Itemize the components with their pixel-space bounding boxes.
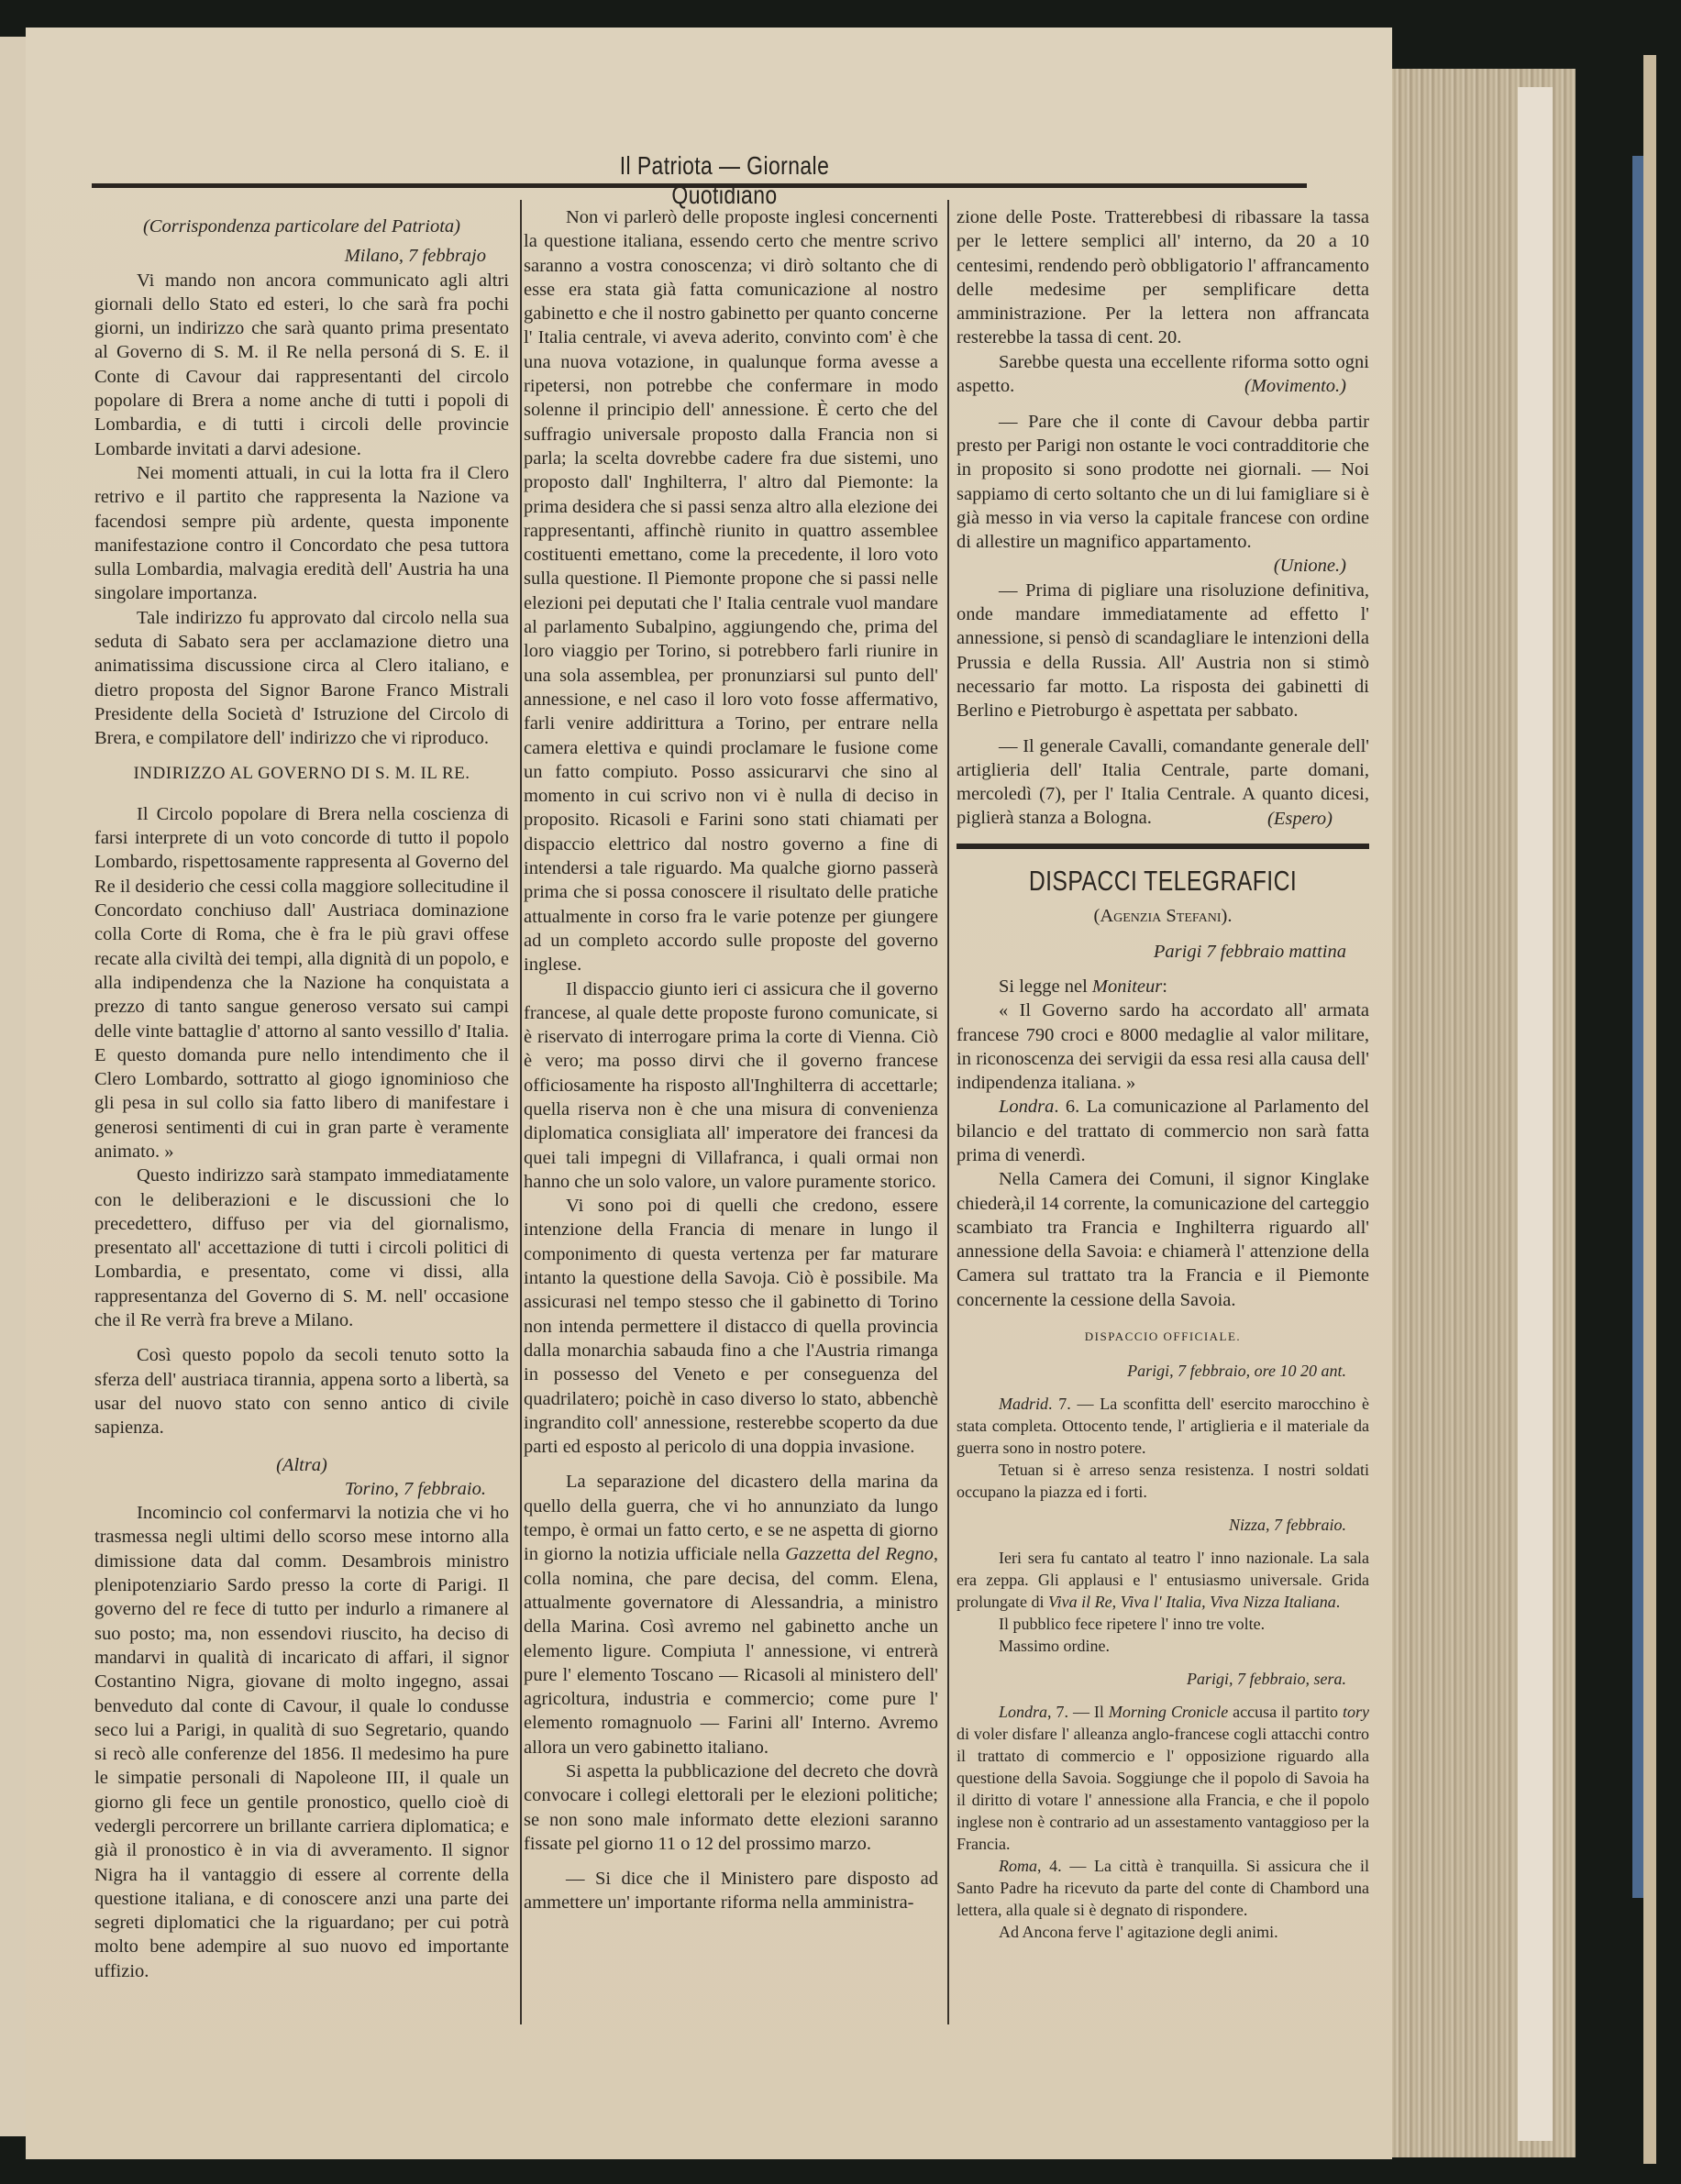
paragraph: Londra. 6. La comunicazione al Parlament… [957,1095,1369,1167]
book-endpaper [1643,55,1656,2164]
subheading: DISPACCIO OFFICIALE. [957,1325,1369,1349]
column-1: (Corrispondenza particolare del Patriota… [94,205,509,1983]
column-divider [520,200,522,2024]
dateline: Milano, 7 febbrajo [94,244,509,268]
book-cover-edge [1632,156,1643,1898]
paragraph: zione delle Poste. Tratterebbesi di riba… [957,205,1369,350]
dateline: Nizza, 7 febbraio. [957,1514,1369,1536]
paragraph: Ad Ancona ferve l' agitazione degli anim… [957,1921,1369,1943]
paragraph: Il pubblico fece ripetere l' inno tre vo… [957,1613,1369,1635]
inserted-sheet [1518,87,1553,2141]
paragraph: La separazione del dicastero della marin… [524,1470,938,1759]
paragraph: Questo indirizzo sarà stampato immediata… [94,1164,509,1332]
column-2: Non vi parlerò delle proposte inglesi co… [524,205,938,1915]
section-rule [957,844,1369,849]
paragraph: Vi sono poi di quelli che credono, esser… [524,1194,938,1459]
section-title: DISPACCI TELEGRAFICI [998,869,1328,893]
paragraph: Incomincio col confermarvi la notizia ch… [94,1501,509,1983]
paragraph: — Si dice che il Ministero pare disposto… [524,1867,938,1915]
dateline: Parigi, 7 febbraio, sera. [957,1668,1369,1690]
paragraph: Si legge nel Moniteur: [957,975,1369,998]
byline: (Corrispondenza particolare del Patriota… [94,215,509,238]
paragraph: Si aspetta la pubblicazione del decreto … [524,1759,938,1856]
paragraph: Madrid. 7. — La sconfitta dell' esercito… [957,1393,1369,1459]
dateline: Torino, 7 febbraio. [94,1477,509,1501]
paragraph: Il Circolo popolare di Brera nella cosci… [94,802,509,1164]
paragraph: Londra, 7. — Il Morning Cronicle accusa … [957,1701,1369,1855]
paragraph: — Pare che il conte di Cavour debba part… [957,410,1369,555]
paragraph: Vi mando non ancora communicato agli alt… [94,269,509,461]
subheading: (Altra) [94,1453,509,1477]
dateline: Parigi 7 febbraio mattina [957,940,1369,964]
paragraph: Il dispaccio giunto ieri ci assicura che… [524,977,938,1195]
source-attribution: (Movimento.) [957,374,1369,398]
paragraph: Tale indirizzo fu approvato dal circolo … [94,606,509,751]
quote: « Il Governo sardo ha accordato all' arm… [957,998,1369,1095]
paragraph: Roma, 4. — La città è tranquilla. Si ass… [957,1855,1369,1921]
header-rule [92,183,1307,188]
facing-page-edge [0,37,28,2136]
source-attribution: (Unione.) [957,554,1369,578]
paragraph: — Prima di pigliare una risoluzione defi… [957,579,1369,723]
agency-credit: (Agenzia Stefani). [957,904,1369,928]
paragraph: Così questo popolo da secoli tenuto sott… [94,1343,509,1439]
section-heading: INDIRIZZO AL GOVERNO DI S. M. IL RE. [94,762,509,786]
paragraph: Tetuan si è arreso senza resistenza. I n… [957,1459,1369,1503]
dateline: Parigi, 7 febbraio, ore 10 20 ant. [957,1360,1369,1382]
paragraph: Massimo ordine. [957,1635,1369,1657]
paragraph: Ieri sera fu cantato al teatro l' inno n… [957,1547,1369,1613]
paragraph: Nella Camera dei Comuni, il signor Kingl… [957,1167,1369,1312]
column-divider [947,200,949,2024]
paragraph: Non vi parlerò delle proposte inglesi co… [524,205,938,977]
column-3: zione delle Poste. Tratterebbesi di riba… [957,205,1369,1943]
masthead: Il Patriota — Giornale Quotidiano [574,151,875,210]
paragraph: Nei momenti attuali, in cui la lotta fra… [94,461,509,606]
